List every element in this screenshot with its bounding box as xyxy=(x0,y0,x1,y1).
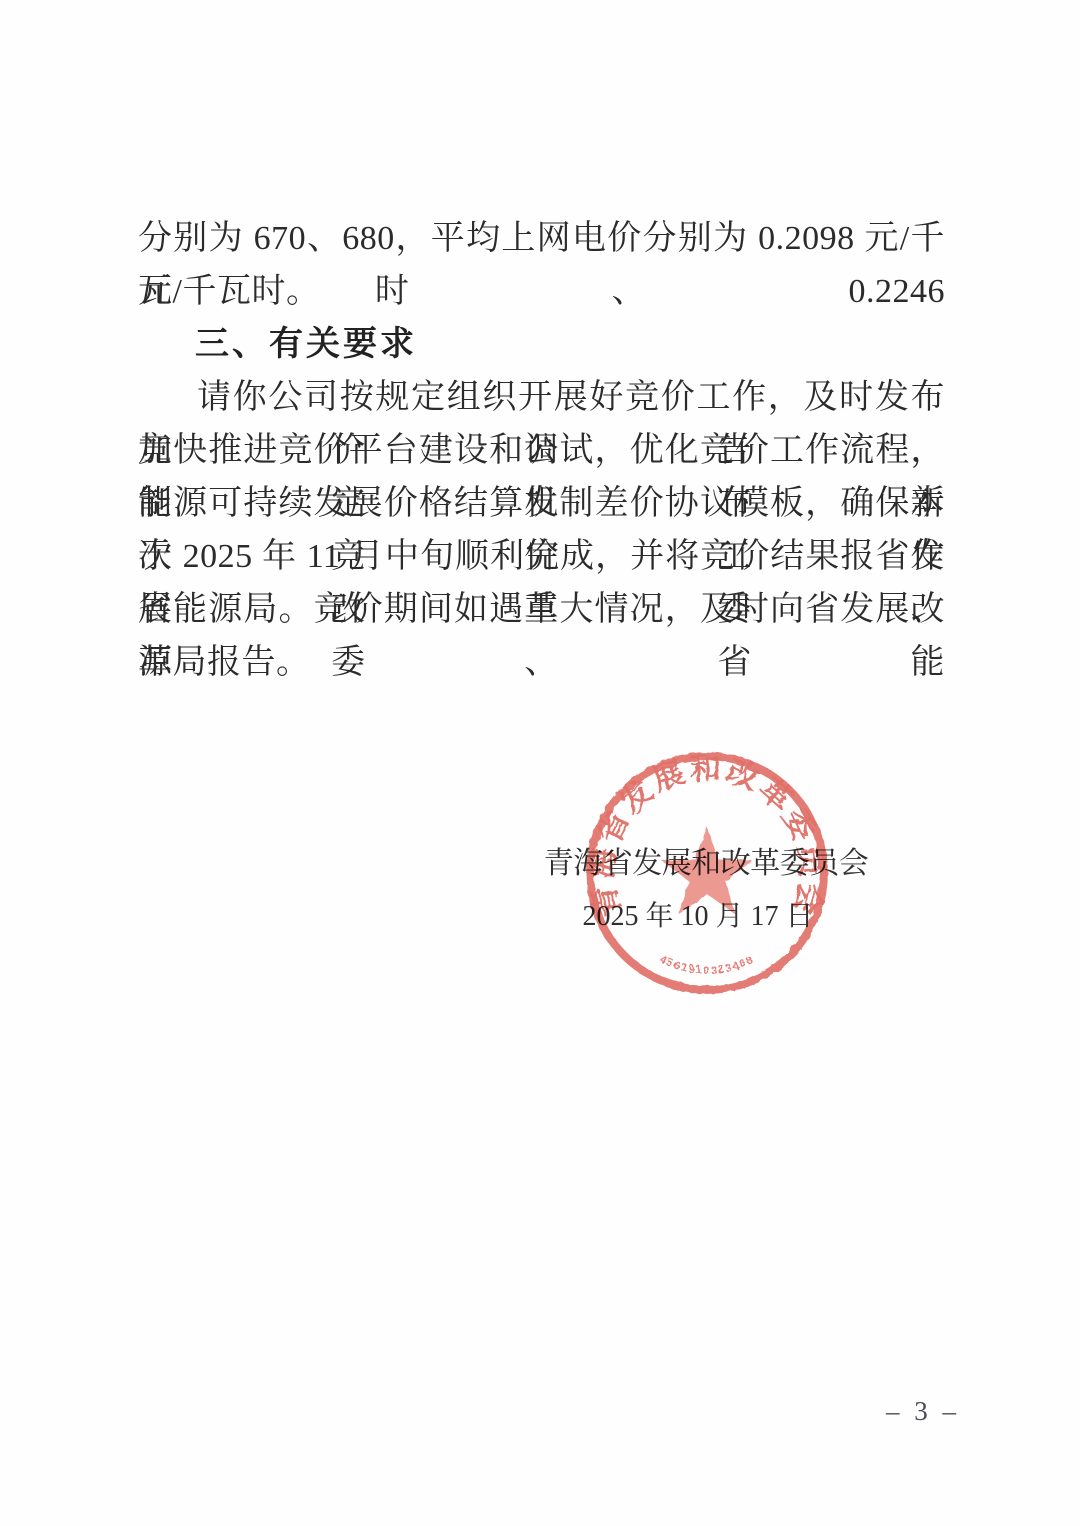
body-line: 加快推进竞价平台建设和调试，优化竞价工作流程，制定发布新 xyxy=(138,424,945,477)
page-number: – 3 – xyxy=(868,1396,978,1427)
section-heading: 三、有关要求 xyxy=(138,318,945,371)
svg-text:4561910323468: 4561910323468 xyxy=(658,954,757,977)
body-line: 分别为 670、680，平均上网电价分别为 0.2098 元/千瓦时、0.224… xyxy=(138,212,945,265)
body-line: 能源可持续发展价格结算机制差价协议模板，确保本次竞价工作 xyxy=(138,477,945,530)
signature-date: 2025 年 10 月 17 日 xyxy=(562,899,834,935)
body-line: 省能源局。竞价期间如遇重大情况，及时向省发展改革委、省能 xyxy=(138,583,945,636)
seal-code: 4561910323468 xyxy=(658,954,757,977)
document-page: 分别为 670、680，平均上网电价分别为 0.2098 元/千瓦时、0.224… xyxy=(0,0,1080,1526)
svg-text:青海省发展和改革委员会: 青海省发展和改革委员会 xyxy=(584,751,830,921)
seal-ring-text: 青海省发展和改革委员会 xyxy=(584,751,830,921)
body-line: 于 2025 年 11 月中旬顺利完成，并将竞价结果报省发展改革委、 xyxy=(138,530,945,583)
document-body: 分别为 670、680，平均上网电价分别为 0.2098 元/千瓦时、0.224… xyxy=(138,212,945,689)
body-line: 请你公司按规定组织开展好竞价工作，及时发布竞价公告， xyxy=(138,371,945,424)
signature-agency: 青海省发展和改革委员会 xyxy=(541,845,871,883)
